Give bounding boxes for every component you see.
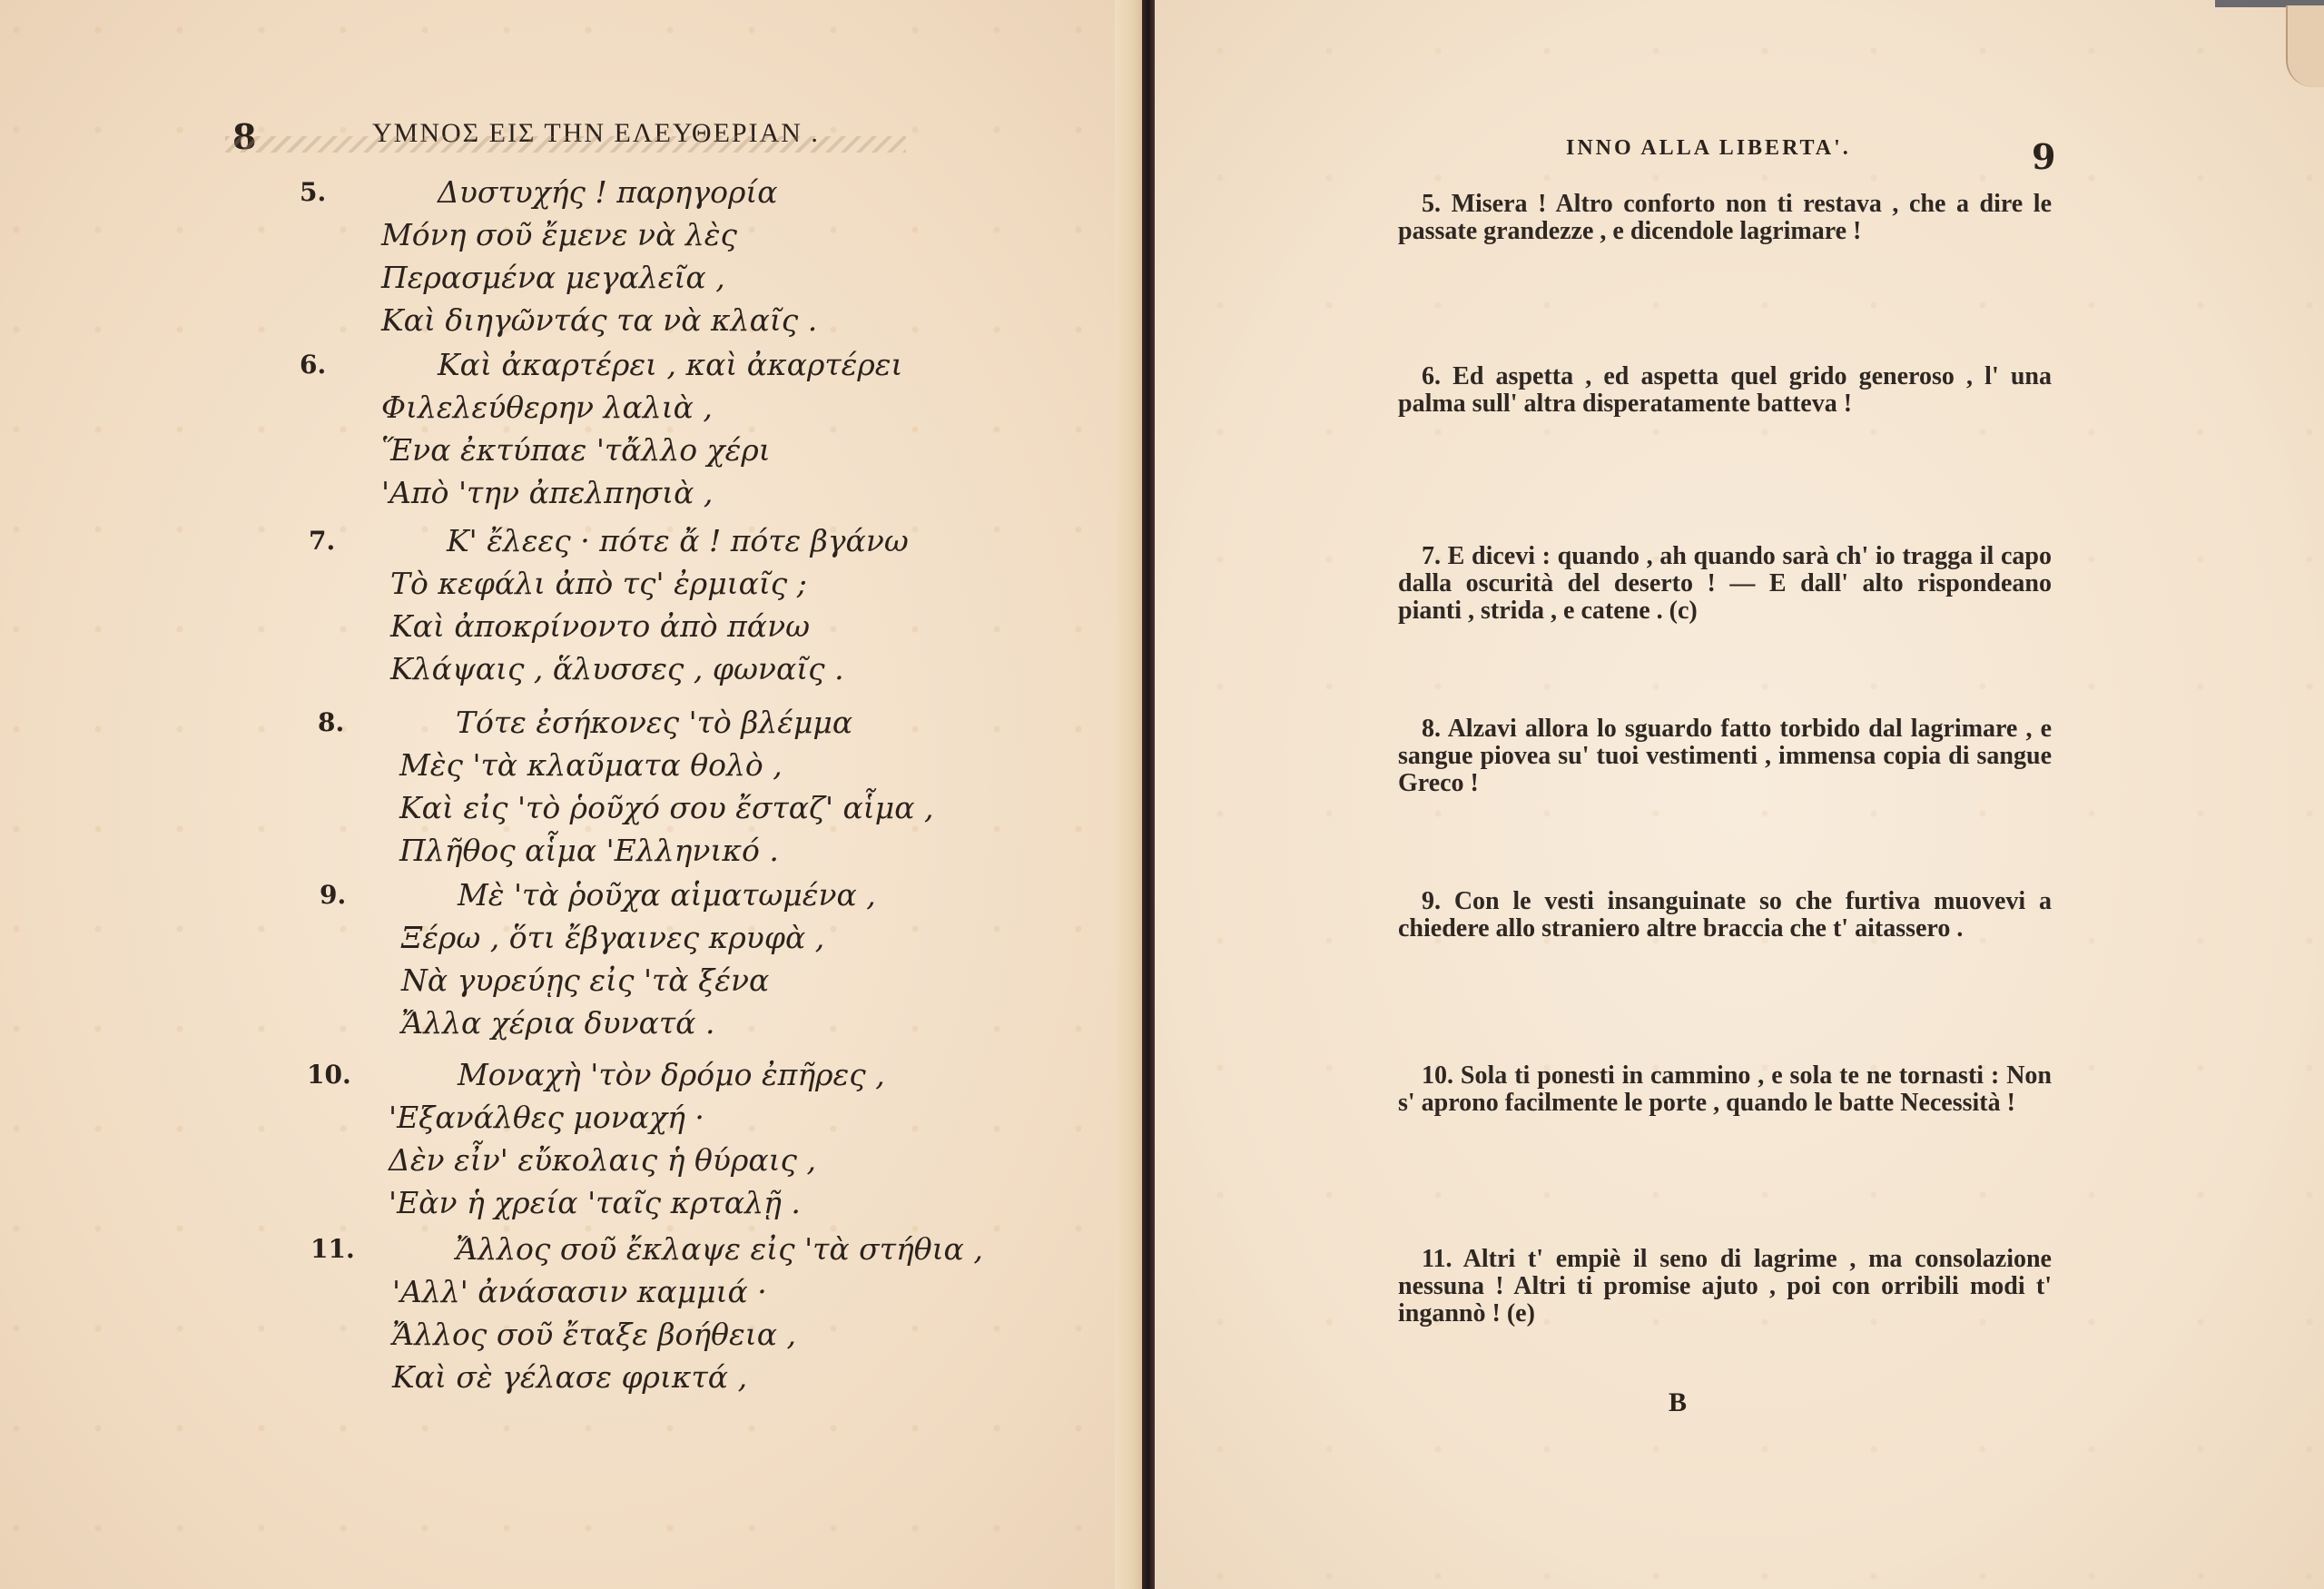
stanza-number: 7.	[309, 519, 335, 562]
paragraph-number: 6.	[1422, 362, 1441, 390]
verse-line: Μὲ 'τὰ ῥοῦχα αἱματωμένα ,	[401, 873, 876, 916]
paragraph-number: 7.	[1422, 542, 1441, 570]
paragraph-text: E dicevi : quando , ah quando sarà ch' i…	[1398, 542, 2052, 625]
paragraph-text: Altri t' empiè il seno di lagrime , ma c…	[1398, 1245, 2052, 1327]
verse-line: Δυστυχής ! παρηγορία	[381, 171, 817, 213]
verse-line: Κ' ἔλεες · πότε ἄ ! πότε βγάνω	[390, 519, 909, 562]
verse-line: Πλῆθος αἷμα 'Ελληνικό .	[399, 829, 933, 872]
paragraph-6: 6. Ed aspetta , ed aspetta quel grido ge…	[1398, 363, 2052, 418]
paragraph-number: 11.	[1422, 1245, 1452, 1273]
paragraph-11: 11. Altri t' empiè il seno di lagrime , …	[1398, 1246, 2052, 1327]
paragraph-number: 9.	[1422, 887, 1441, 915]
paragraph-number: 10.	[1422, 1061, 1453, 1090]
verse-line: 'Αλλ' ἀνάσασιν καμμιά ·	[392, 1270, 983, 1313]
paragraph-7: 7. E dicevi : quando , ah quando sarà ch…	[1398, 543, 2052, 625]
paragraph-text: Ed aspetta , ed aspetta quel grido gener…	[1398, 362, 2052, 418]
paragraph-number: 8.	[1422, 715, 1441, 743]
stanza-number: 9.	[320, 873, 346, 916]
verse-line: Ἄλλος σοῦ ἔταξε βοήθεια ,	[392, 1313, 983, 1356]
stanza-9: 9. Μὲ 'τὰ ῥοῦχα αἱματωμένα , Ξέρω , ὅτι …	[401, 873, 876, 1044]
verse-line: Καὶ ἀποκρίνοντο ἀπὸ πάνω	[390, 605, 909, 647]
stanza-6: 6. Καὶ ἀκαρτέρει , καὶ ἀκαρτέρει Φιλελεύ…	[381, 343, 902, 514]
verse-line: Φιλελεύθερην λαλιὰ ,	[381, 386, 902, 429]
verse-line: Κλάψαις , ἅλυσσες , φωναῖς .	[390, 647, 909, 690]
verse-line: Ἄλλα χέρια δυνατά .	[401, 1002, 876, 1044]
stanza-number: 6.	[300, 343, 326, 386]
verse-line: Καὶ σὲ γέλασε φρικτά ,	[392, 1356, 983, 1398]
verse-line: Ἄλλος σοῦ ἔκλαψε εἰς 'τὰ στήθια ,	[392, 1228, 983, 1270]
verse-line: Μόνη σοῦ ἔμενε νὰ λὲς	[381, 213, 817, 256]
ornamental-rule	[225, 136, 906, 153]
paragraph-5: 5. Misera ! Altro conforto non ti restav…	[1398, 191, 2052, 245]
stanza-8: 8. Τότε ἐσήκονες 'τὸ βλέμμα Μὲς 'τὰ κλαῦ…	[399, 701, 933, 872]
verse-line: Ἕνα ἐκτύπαε 'τἄλλο χέρι	[381, 429, 902, 471]
verse-line: Καὶ εἰς 'τὸ ῥοῦχό σου ἔσταζ' αἷμα ,	[399, 786, 933, 829]
gutter-shadow	[1115, 0, 1144, 1589]
stanza-5: 5. Δυστυχής ! παρηγορία Μόνη σοῦ ἔμενε ν…	[381, 171, 817, 341]
verse-line: Τὸ κεφάλι ἀπὸ τς' ἐρμιαῖς ;	[390, 562, 909, 605]
verse-line: Καὶ διηγῶντάς τα νὰ κλαῖς .	[381, 299, 817, 341]
stanza-number: 10.	[307, 1053, 351, 1096]
running-head-italian: INNO ALLA LIBERTA'.	[1566, 136, 1851, 161]
verse-line: Περασμένα μεγαλεῖα ,	[381, 256, 817, 299]
book-spine	[1142, 0, 1155, 1589]
paragraph-text: Misera ! Altro conforto non ti restava ,…	[1398, 190, 2052, 245]
paragraph-8: 8. Alzavi allora lo sguardo fatto torbid…	[1398, 716, 2052, 797]
verse-line: 'Εὰν ἡ χρεία 'ταῖς κρταλῇ .	[389, 1181, 885, 1224]
verse-line: Δὲν εἶν' εὔκολαις ἡ θύραις ,	[389, 1139, 885, 1181]
paragraph-text: Con le vesti insanguinate so che furtiva…	[1398, 887, 2052, 943]
paragraph-text: Alzavi allora lo sguardo fatto torbido d…	[1398, 715, 2052, 797]
verse-line: 'Εξανάλθες μοναχή ·	[389, 1096, 885, 1139]
paragraph-10: 10. Sola ti ponesti in cammino , e sola …	[1398, 1062, 2052, 1117]
stanza-7: 7. Κ' ἔλεες · πότε ἄ ! πότε βγάνω Τὸ κεφ…	[390, 519, 909, 690]
verse-line: Μὲς 'τὰ κλαῦματα θολὸ ,	[399, 744, 933, 786]
verse-line: Καὶ ἀκαρτέρει , καὶ ἀκαρτέρει	[381, 343, 902, 386]
stanza-number: 11.	[310, 1228, 355, 1270]
paragraph-9: 9. Con le vesti insanguinate so che furt…	[1398, 888, 2052, 943]
stanza-number: 8.	[318, 701, 344, 744]
stanza-number: 5.	[300, 171, 326, 213]
paragraph-text: Sola ti ponesti in cammino , e sola te n…	[1398, 1061, 2052, 1117]
verse-line: Τότε ἐσήκονες 'τὸ βλέμμα	[399, 701, 933, 744]
folded-corner	[2286, 5, 2324, 87]
stanza-10: 10. Μοναχὴ 'τὸν δρόμο ἐπῆρες , 'Εξανάλθε…	[389, 1053, 885, 1224]
verse-line: 'Απὸ 'την ἀπελπησιὰ ,	[381, 471, 902, 514]
signature-mark: B	[1669, 1387, 1687, 1418]
verse-line: Μοναχὴ 'τὸν δρόμο ἐπῆρες ,	[389, 1053, 885, 1096]
stanza-11: 11. Ἄλλος σοῦ ἔκλαψε εἰς 'τὰ στήθια , 'Α…	[392, 1228, 983, 1398]
verse-line: Ξέρω , ὅτι ἔβγαινες κρυφὰ ,	[401, 916, 876, 959]
page-number-right: 9	[2032, 136, 2055, 177]
paragraph-number: 5.	[1422, 190, 1441, 218]
verse-line: Νὰ γυρεύῃς εἰς 'τὰ ξένα	[401, 959, 876, 1002]
